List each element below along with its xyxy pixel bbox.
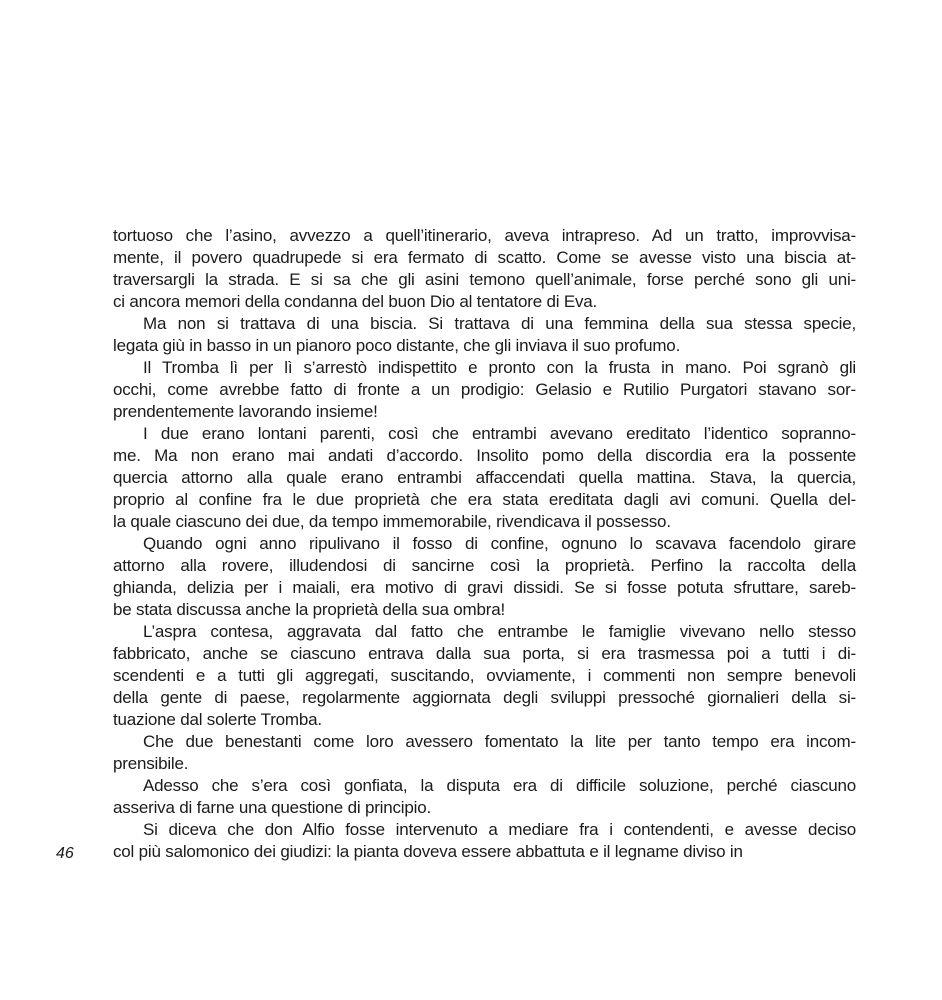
text-line: Ma non si trattava di una biscia. Si tra… [113, 313, 856, 335]
text-line: me. Ma non erano mai andati d’accordo. I… [113, 445, 856, 467]
text-line: asseriva di farne una questione di princ… [113, 797, 856, 819]
text-line: ci ancora memori della condanna del buon… [113, 291, 856, 313]
paragraph: Che due benestanti come loro avessero fo… [113, 731, 856, 775]
text-line: L’aspra contesa, aggravata dal fatto che… [113, 621, 856, 643]
text-line: legata giù in basso in un pianoro poco d… [113, 335, 856, 357]
book-page: 46 tortuoso che l’asino, avvezzo a quell… [0, 0, 942, 1000]
page-text: tortuoso che l’asino, avvezzo a quell’it… [113, 225, 856, 863]
text-line: occhi, come avrebbe fatto di fronte a un… [113, 379, 856, 401]
paragraph: Ma non si trattava di una biscia. Si tra… [113, 313, 856, 357]
text-line: Si diceva che don Alfio fosse intervenut… [113, 819, 856, 841]
text-line: I due erano lontani parenti, così che en… [113, 423, 856, 445]
text-line: prendentemente lavorando insieme! [113, 401, 856, 423]
text-line: Adesso che s’era così gonfiata, la dispu… [113, 775, 856, 797]
text-line: attorno alla rovere, illudendosi di sanc… [113, 555, 856, 577]
text-line: mente, il povero quadrupede si era ferma… [113, 247, 856, 269]
text-line: Il Tromba lì per lì s’arrestò indispetti… [113, 357, 856, 379]
paragraph: Quando ogni anno ripulivano il fosso di … [113, 533, 856, 621]
text-line: scendenti e a tutti gli aggregati, susci… [113, 665, 856, 687]
paragraph: Si diceva che don Alfio fosse intervenut… [113, 819, 856, 863]
text-line: Quando ogni anno ripulivano il fosso di … [113, 533, 856, 555]
text-line: tortuoso che l’asino, avvezzo a quell’it… [113, 225, 856, 247]
text-line: proprio al confine fra le due proprietà … [113, 489, 856, 511]
paragraph: Il Tromba lì per lì s’arrestò indispetti… [113, 357, 856, 423]
text-line: prensibile. [113, 753, 856, 775]
page-number: 46 [56, 843, 74, 865]
text-line: quercia attorno alla quale erano entramb… [113, 467, 856, 489]
paragraph: tortuoso che l’asino, avvezzo a quell’it… [113, 225, 856, 313]
text-line: fabbricato, anche se ciascuno entrava da… [113, 643, 856, 665]
paragraph: Adesso che s’era così gonfiata, la dispu… [113, 775, 856, 819]
text-line: traversargli la strada. E si sa che gli … [113, 269, 856, 291]
text-line: be stata discussa anche la proprietà del… [113, 599, 856, 621]
text-line: ghianda, delizia per i maiali, era motiv… [113, 577, 856, 599]
text-line: la quale ciascuno dei due, da tempo imme… [113, 511, 856, 533]
text-line: della gente di paese, regolarmente aggio… [113, 687, 856, 709]
text-line: tuazione dal solerte Tromba. [113, 709, 856, 731]
text-line: Che due benestanti come loro avessero fo… [113, 731, 856, 753]
text-line: col più salomonico dei giudizi: la piant… [113, 841, 856, 863]
paragraph: I due erano lontani parenti, così che en… [113, 423, 856, 533]
paragraph: L’aspra contesa, aggravata dal fatto che… [113, 621, 856, 731]
